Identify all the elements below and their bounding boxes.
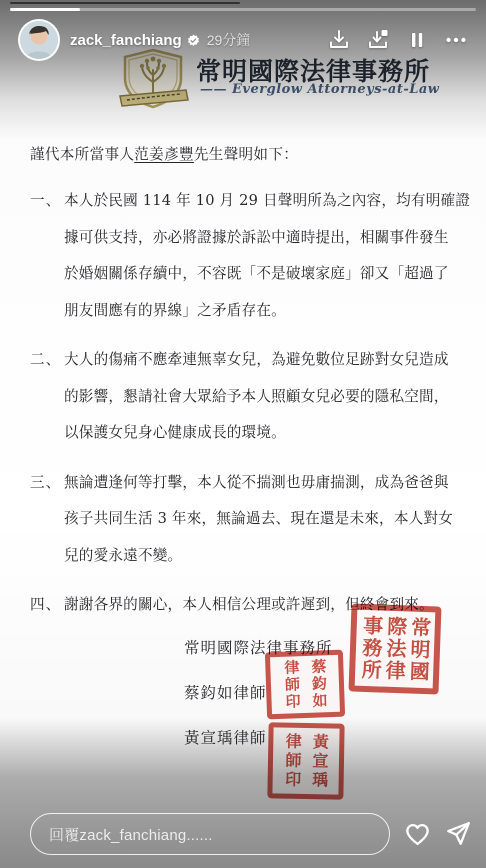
clause-text: 大人的傷痛不應牽連無辜女兒，為避免數位足跡對女兒造成 的影響，懇請社會大眾給予本…	[64, 342, 473, 452]
statement-clause-1: 一、 本人於民國 114 年 10 月 29 日聲明所為之內容，均有明確證 據可…	[30, 183, 473, 329]
clause-number: 二、	[30, 342, 64, 452]
story-progress-fill	[10, 8, 80, 11]
send-share-icon[interactable]	[444, 819, 473, 848]
statement-clause-2: 二、 大人的傷痛不應牽連無辜女兒，為避免數位足跡對女兒造成 的影響，懇請社會大眾…	[30, 342, 473, 452]
clause-text: 無論遭逢何等打擊，本人從不揣測也毋庸揣測，成為爸爸與 孩子共同生活 3 年來，無…	[64, 465, 473, 575]
reply-placeholder: 回覆zack_fanchiang......	[49, 824, 213, 845]
clause-number: 四、	[30, 587, 64, 624]
lawyer-huang-seal-text: 黃宣瑀 律師印	[279, 732, 334, 790]
statement-document: 謹代本所當事人范姜彥豐先生聲明如下： 一、 本人於民國 114 年 10 月 2…	[30, 140, 473, 624]
clause-text: 本人於民國 114 年 10 月 29 日聲明所為之內容，均有明確證 據可供支持…	[64, 183, 473, 329]
lawyer-cai-seal-stamp: 蔡鈞如 律師印	[265, 650, 345, 720]
reply-input[interactable]: 回覆zack_fanchiang......	[30, 813, 390, 855]
clause-number: 三、	[30, 465, 64, 575]
story-viewer: 常明國際法律事務所 —— Everglow Attorneys-at-Law 謹…	[0, 0, 486, 868]
avatar[interactable]	[18, 19, 60, 61]
client-name: 范姜彥豐	[134, 146, 194, 163]
download-badge-icon[interactable]	[366, 28, 390, 52]
intro-prefix: 謹代本所當事人	[30, 146, 134, 163]
intro-suffix: 先生聲明如下：	[194, 146, 298, 163]
story-progress-bar	[10, 8, 476, 11]
verified-badge-icon	[187, 34, 200, 47]
download-icon[interactable]	[327, 28, 351, 52]
clause-number: 一、	[30, 183, 64, 329]
story-header: zack_fanchiang 29分鐘	[0, 18, 486, 62]
pause-icon[interactable]	[405, 28, 429, 52]
like-heart-icon[interactable]	[403, 819, 432, 848]
video-scrub-line	[10, 2, 240, 4]
story-timestamp: 29分鐘	[207, 30, 251, 50]
firm-seal-text: 常明國 際法律 事務所	[358, 615, 432, 683]
statement-clause-3: 三、 無論遭逢何等打擊，本人從不揣測也毋庸揣測，成為爸爸與 孩子共同生活 3 年…	[30, 465, 473, 575]
firm-name-en: —— Everglow Attorneys-at-Law	[200, 82, 420, 97]
more-options-icon[interactable]	[444, 28, 468, 52]
lawyer-huang-seal-stamp: 黃宣瑀 律師印	[267, 722, 344, 799]
username[interactable]: zack_fanchiang	[70, 32, 182, 49]
lawyer-cai-seal-text: 蔡鈞如 律師印	[277, 658, 333, 711]
firm-seal-stamp: 常明國 際法律 事務所	[348, 603, 441, 694]
statement-intro: 謹代本所當事人范姜彥豐先生聲明如下：	[30, 140, 473, 170]
